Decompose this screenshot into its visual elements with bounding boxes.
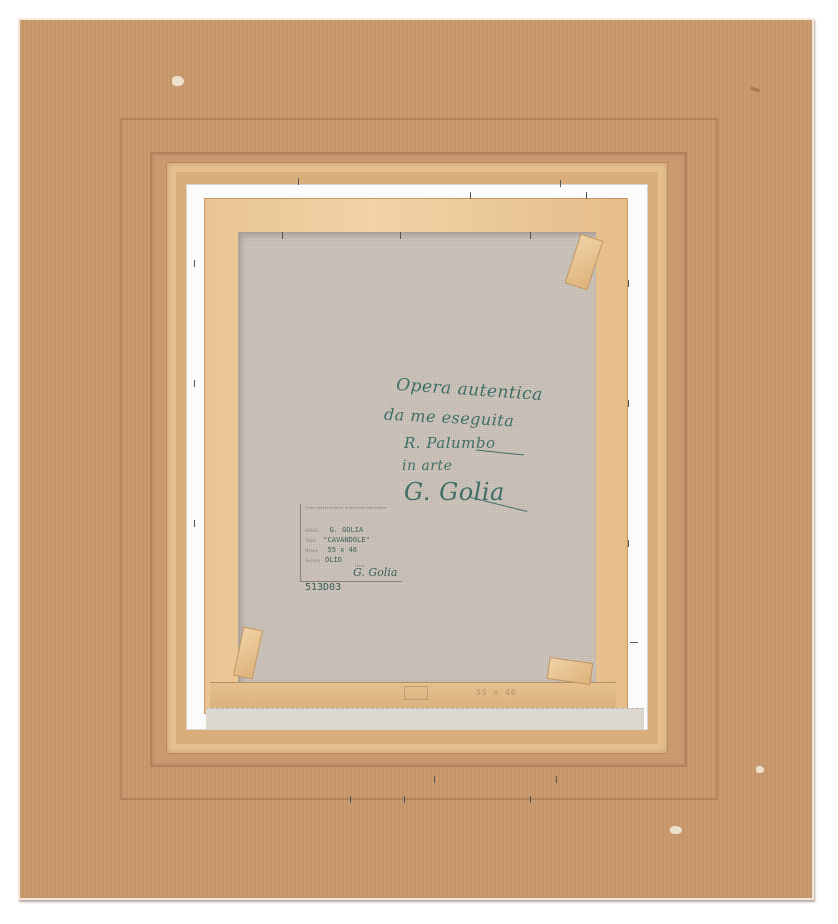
label-field: Artista bbox=[305, 528, 318, 533]
staple bbox=[194, 260, 195, 267]
staple bbox=[630, 642, 638, 643]
nail bbox=[282, 232, 283, 239]
nail bbox=[530, 232, 531, 239]
label-field: Misure bbox=[305, 548, 318, 553]
staple bbox=[560, 180, 561, 187]
staple bbox=[298, 178, 299, 185]
nail bbox=[400, 232, 401, 239]
cardboard-tear bbox=[756, 766, 764, 773]
nail bbox=[530, 796, 531, 803]
canvas-fold bbox=[206, 708, 644, 730]
cardboard-tear bbox=[172, 76, 184, 86]
linen-canvas-back bbox=[238, 232, 596, 682]
label-row: Titolo "CAVANDOLE" bbox=[305, 536, 370, 544]
label-row: Misure 55 x 46 bbox=[305, 546, 357, 554]
authentication-label: Come spesso si vede, autenticata dall'au… bbox=[300, 504, 402, 582]
label-field: Titolo bbox=[305, 538, 316, 543]
label-header: Come spesso si vede, autenticata dall'au… bbox=[305, 506, 401, 511]
staple bbox=[628, 540, 629, 547]
label-field: Tecnica bbox=[305, 558, 320, 563]
staple bbox=[628, 280, 629, 287]
label-row: Tecnica OLIO bbox=[305, 556, 342, 564]
size-stamp: 55 x 46 bbox=[476, 688, 517, 697]
inscription-line: in arte bbox=[402, 458, 452, 474]
label-value: 55 x 46 bbox=[327, 546, 357, 554]
label-value: G. GOLIA bbox=[329, 526, 363, 534]
label-signature: G. Golia bbox=[353, 566, 397, 579]
nail bbox=[404, 796, 405, 803]
label-value: "CAVANDOLE" bbox=[323, 536, 369, 544]
staple bbox=[194, 520, 195, 527]
nail bbox=[434, 776, 435, 783]
cardboard-tear bbox=[670, 826, 682, 834]
faded-stamp bbox=[404, 686, 428, 700]
nail bbox=[556, 776, 557, 783]
nail bbox=[470, 192, 471, 199]
label-row: Artista G. GOLIA bbox=[305, 526, 363, 534]
staple bbox=[194, 380, 195, 387]
nail bbox=[350, 796, 351, 803]
label-value: OLIO bbox=[325, 556, 342, 564]
inventory-number: 513D03 bbox=[305, 582, 341, 593]
nail bbox=[586, 192, 587, 199]
staple bbox=[628, 400, 629, 407]
